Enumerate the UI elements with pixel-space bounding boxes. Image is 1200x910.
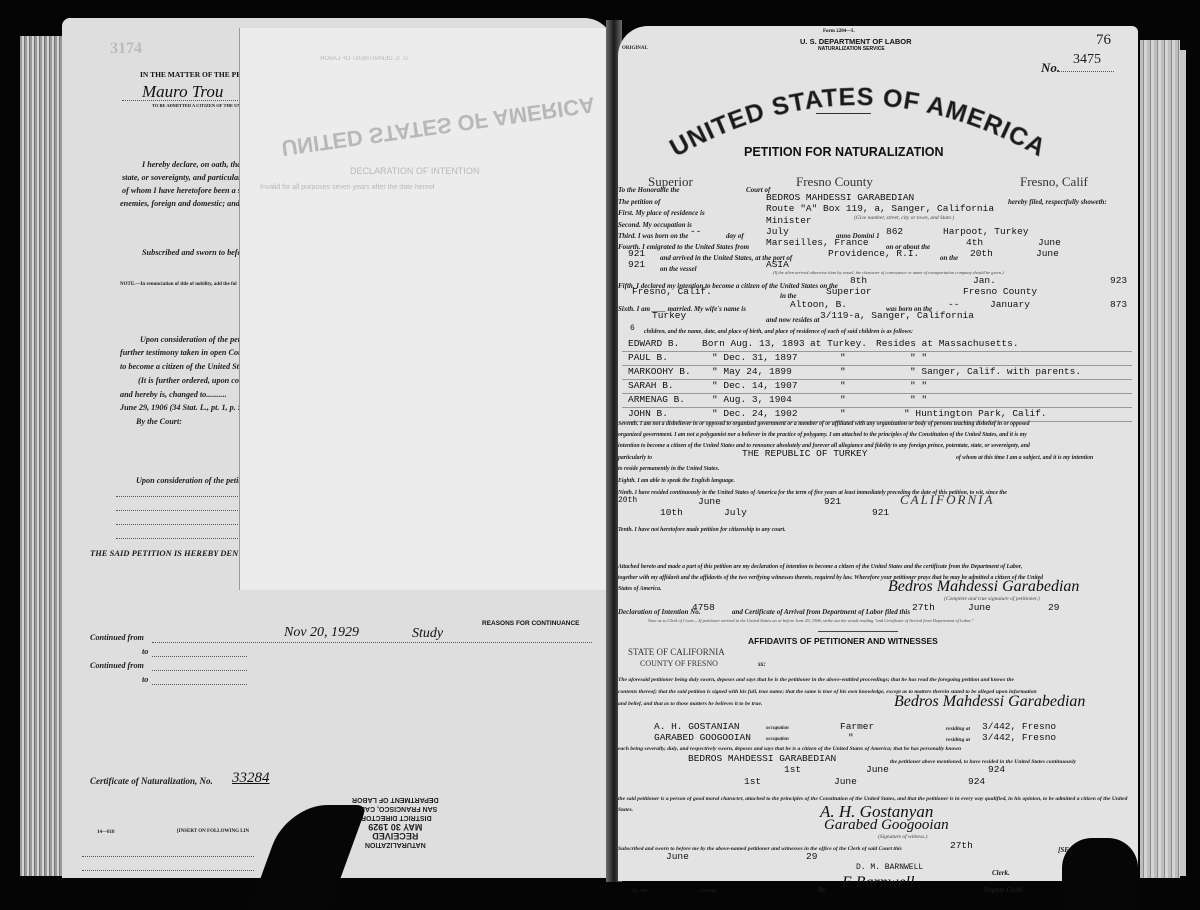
petitioner-name: BEDROS MAHDESSI GARABEDIAN <box>766 192 914 203</box>
note-line: NOTE.—In renunciation of title of nobili… <box>120 282 237 287</box>
service: NATURALIZATION SERVICE <box>818 46 885 52</box>
spouse-birth-year: 873 <box>1110 299 1127 310</box>
naturalization-received-stamp: NATURALIZATION RECEIVED MAY 30 1929 DIST… <box>352 795 439 849</box>
by-label: By <box>818 886 826 894</box>
form-number: Form 2204—L <box>823 29 855 34</box>
now-resides-label: and now resides at <box>766 316 819 324</box>
stamp-line: DEPARTMENT OF LABOR <box>352 795 439 804</box>
state-since-year: 921 <box>872 507 889 518</box>
witness-1-occupation: Farmer <box>840 721 874 732</box>
emigration-year: 921 <box>628 248 645 259</box>
matter-heading: IN THE MATTER OF THE PE <box>140 70 241 79</box>
occupation-label: occupation <box>766 737 789 742</box>
child-name: SARAH B. <box>628 380 674 391</box>
on-the-label: on the <box>940 254 958 262</box>
clerk-label: Clerk. <box>992 869 1010 877</box>
witness-since-day: 1st <box>784 764 801 775</box>
witness-sig-hint: (Signature of witness.) <box>878 834 927 840</box>
child-place: at Turkey. <box>810 338 867 349</box>
ghost-title-arch: UNITED STATES OF AMERICA <box>280 91 597 161</box>
declaration-of-intention-sheet: U. S. DEPARTMENT OF LABOR UNITED STATES … <box>240 28 612 590</box>
deputy-clerk-label: Deputy Clerk. <box>984 886 1024 894</box>
state-since-day: 10th <box>660 507 683 518</box>
venue-state: STATE OF CALIFORNIA <box>628 647 725 657</box>
day-of-label: day of <box>726 232 744 240</box>
filed-month: June <box>968 602 991 613</box>
continued-from-line <box>152 642 592 643</box>
continued-to-line <box>152 656 247 657</box>
blank-line <box>82 870 254 871</box>
declaration-place: Fresno, Calif. <box>632 286 712 297</box>
form-code-right: 14—887 <box>632 888 648 893</box>
stamp-line: NATURALIZATION <box>352 840 439 849</box>
over-label: [OVER] <box>700 888 716 893</box>
arrival-year: 921 <box>628 259 645 270</box>
clerk-name: D. M. BARNWELL <box>856 863 923 872</box>
blank-line <box>82 856 254 857</box>
attached-clause: States of America. <box>618 586 661 592</box>
venue-ss: ss: <box>758 660 766 668</box>
child-resides: " " <box>910 352 927 363</box>
spouse-name: Altoon, B. <box>790 299 847 310</box>
witness-2-residing: 3/442, Fresno <box>982 732 1056 743</box>
spouse-birth-month: January <box>990 299 1030 310</box>
ghost-note: Invalid for all purposes seven years aft… <box>260 184 435 191</box>
witness-1-residing: 3/442, Fresno <box>982 721 1056 732</box>
petitioner-signature-affidavit: Bedros Mahdessi Garabedian <box>894 693 1085 711</box>
occupation-label: Second. My occupation is <box>618 221 692 229</box>
blank-line <box>116 524 240 525</box>
child-place: " <box>840 380 846 391</box>
spouse-resides: 3/119-a, Sanger, California <box>820 310 974 321</box>
order-line: June 29, 1906 (34 Stat. L., pt. 1, p. 59… <box>120 403 255 412</box>
petitioner-signature: Mauro Trou <box>142 82 223 102</box>
birth-day: -- <box>690 226 701 237</box>
seventh-clause: of whom at this time I am a subject, and… <box>956 455 1093 461</box>
child-born: " Dec. 31, 1897 <box>712 352 798 363</box>
court-type: Superior <box>648 174 693 190</box>
table-row: PAUL B. " Dec. 31, 1897 " " " <box>622 352 1132 366</box>
child-name: ARMENAG B. <box>628 394 685 405</box>
child-name: EDWARD B. <box>628 338 679 349</box>
child-born: " Dec. 24, 1902 <box>712 408 798 419</box>
original-label: ORIGINAL <box>622 46 648 51</box>
table-row: JOHN B. " Dec. 24, 1902 " " Huntington P… <box>622 408 1132 422</box>
seventh-clause: particularly to <box>618 455 652 461</box>
signature-line <box>122 100 240 101</box>
emigrated-from: Marseilles, France <box>766 237 869 248</box>
certificate-number: 33284 <box>232 770 270 787</box>
continued-from-label: Continued from <box>90 633 144 642</box>
witness-state-month: June <box>834 776 857 787</box>
witness-2-signature: Garabed Googooian <box>824 817 949 834</box>
clerk-note: Note as to Clerk of Court.—If petitioner… <box>648 618 974 623</box>
book-page-edges-right <box>1140 40 1180 878</box>
residence: Route "A" Box 119, a, Sanger, California <box>766 203 994 214</box>
order-line: and hereby is, changed to.......... <box>120 390 227 399</box>
certificate-label: Certificate of Naturalization, No. <box>90 776 213 786</box>
table-row: EDWARD B. Born Aug. 13, 1893 at Turkey. … <box>622 338 1132 352</box>
affidavits-title: AFFIDAVITS OF PETITIONER AND WITNESSES <box>748 636 938 646</box>
witness-1-name: A. H. GOSTANIAN <box>654 721 740 732</box>
residence-label: First. My place of residence is <box>618 209 705 217</box>
sworn-day: 27th <box>950 840 973 851</box>
order-line: Upon consideration of the petitio <box>140 335 251 344</box>
declaration-day: 8th <box>850 275 867 286</box>
divider <box>816 113 871 114</box>
child-born: " Aug. 3, 1904 <box>712 394 792 405</box>
child-place: " <box>840 366 846 377</box>
occupation-label: occupation <box>766 726 789 731</box>
state-since-month: July <box>724 507 747 518</box>
petition-number: 3475 <box>1073 52 1101 68</box>
residing-label: residing at <box>946 737 970 743</box>
venue-county: COUNTY OF FRESNO <box>640 659 718 668</box>
signature-hint: (Complete and true signature of petition… <box>944 596 1040 602</box>
stamp-line: DISTRICT DIRECTOR, <box>352 813 439 822</box>
oath-line: state, or sovereignty, and particularly <box>122 173 247 182</box>
emigration-day: 4th <box>966 237 983 248</box>
witness-2-occupation: " <box>848 732 854 743</box>
margin-number: 3174 <box>110 40 142 58</box>
continued-from-value: Nov 20, 1929 <box>284 625 359 641</box>
stamp-line: MAY 30 1929 <box>352 822 439 831</box>
birth-year: 862 <box>886 226 903 237</box>
page-number: 76 <box>1096 32 1111 49</box>
witness-state-day: 1st <box>744 776 761 787</box>
filed-year: 29 <box>1048 602 1059 613</box>
arrival-month: June <box>1036 248 1059 259</box>
attached-clause: Attached hereto and made a part of this … <box>618 564 1022 570</box>
children-count: 6 <box>630 324 635 333</box>
witness-petitioner-name: BEDROS MAHDESSI GARABEDIAN <box>688 753 836 764</box>
order-line: to become a citizen of the United States <box>120 362 252 371</box>
child-place: " <box>840 408 846 419</box>
reason-value: Study <box>412 626 443 642</box>
birth-place: Harpoot, Turkey <box>943 226 1029 237</box>
child-born: Born Aug. 13, 1893 <box>702 338 805 349</box>
reasons-heading: REASONS FOR CONTINUANCE <box>482 620 580 627</box>
deputy-signature: E Barnwell <box>842 874 914 892</box>
declaration-court: Superior <box>826 286 872 297</box>
residence-since-year: 921 <box>824 496 841 507</box>
witness-state-year: 924 <box>968 776 985 787</box>
denied-line: THE SAID PETITION IS HEREBY DEN <box>90 548 238 558</box>
seventh-clause: to reside permanently in the United Stat… <box>618 466 719 472</box>
table-row: SARAH B. " Dec. 14, 1907 " " " <box>622 380 1132 394</box>
affidavit-clause: and belief, and that as to those matters… <box>618 701 762 707</box>
witness-2-name: GARABED GOOGOOIAN <box>654 732 751 743</box>
spouse-birthplace: Turkey <box>652 310 686 321</box>
residence-hint: (Give number, street, city or town, and … <box>854 215 954 221</box>
witness-clause-tail: the petitioner above mentioned, to have … <box>890 759 1076 765</box>
oath-line: of whom I have heretofore been a subj <box>122 186 252 195</box>
stamp-line: SAN FRANCISCO, CALIF. <box>352 804 439 813</box>
department: U. S. DEPARTMENT OF LABOR <box>800 37 912 46</box>
continued-from-label-2: Continued from <box>90 661 144 670</box>
sworn-clause: Subscribed and sworn to before me by the… <box>618 846 902 852</box>
declaration-court-of: Fresno County <box>963 286 1037 297</box>
residence-since-month: June <box>698 496 721 507</box>
child-place: " <box>840 352 846 363</box>
subscribed-line: Subscribed and sworn to before <box>142 248 248 257</box>
vessel-hint: (If the alien arrived otherwise than by … <box>773 270 1004 275</box>
sovereign: THE REPUBLIC OF TURKEY <box>742 448 867 459</box>
child-name: MARKOOHY B. <box>628 366 691 377</box>
right-page: 76 ORIGINAL Form 2204—L U. S. DEPARTMENT… <box>618 26 1138 881</box>
seventh-clause: Seventh. I am not a disbeliever in or op… <box>618 421 1029 427</box>
divider <box>818 631 898 632</box>
witness-clause: each being severally, duly, and respecti… <box>618 746 961 752</box>
child-resides: " Huntington Park, Calif. <box>904 408 1047 419</box>
eighth-clause: Eighth. I am able to speak the English l… <box>618 478 735 484</box>
petition-of-label: The petition of <box>618 198 660 206</box>
child-resides: " " <box>910 380 927 391</box>
residence-state: CALIFORNIA <box>900 492 994 508</box>
sworn-month: June <box>666 851 689 862</box>
child-resides: " Sanger, Calif. with parents. <box>910 366 1081 377</box>
sworn-year: 29 <box>806 851 817 862</box>
child-resides: Resides at Massachusetts. <box>876 338 1019 349</box>
child-name: PAUL B. <box>628 352 668 363</box>
court-location: Fresno, Calif <box>1020 174 1088 190</box>
arrival-day: 20th <box>970 248 993 259</box>
witness-since-month: June <box>866 764 889 775</box>
court-county: Fresno County <box>796 174 873 190</box>
stamp-line: RECEIVED <box>352 831 439 840</box>
child-born: " Dec. 14, 1907 <box>712 380 798 391</box>
insert-note: [INSERT ON FOLLOWING LIN <box>177 829 249 834</box>
table-row: MARKOOHY B. " May 24, 1899 " " Sanger, C… <box>622 366 1132 380</box>
petition-no-line <box>1058 71 1114 72</box>
seventh-clause: organized government. I am not a polygam… <box>618 432 1027 438</box>
declaration-year: 923 <box>1110 275 1127 286</box>
arrival-port: Providence, R.I. <box>828 248 919 259</box>
children-intro: children, and the name, date, and place … <box>644 329 913 335</box>
subheading: TO BE ADMITTED A CITIZEN OF THE UNITED <box>152 103 252 108</box>
continued-from-line-2 <box>152 670 247 671</box>
blank-line <box>116 510 240 511</box>
hereby-filed-label: hereby filed, respectfully showeth: <box>1008 198 1107 206</box>
petition-title: PETITION FOR NATURALIZATION <box>744 145 944 159</box>
oath-line: enemies, foreign and domestic; and th <box>120 199 249 208</box>
child-name: JOHN B. <box>628 408 668 419</box>
book-page-edges-left <box>20 36 68 876</box>
occupation: Minister <box>766 215 812 226</box>
witness-since-year: 924 <box>988 764 1005 775</box>
thumb-right <box>1062 838 1138 910</box>
order-line: (It is further ordered, upon consid <box>138 376 253 385</box>
children-table: EDWARD B. Born Aug. 13, 1893 at Turkey. … <box>622 338 1132 422</box>
blank-line <box>116 496 240 497</box>
tenth-clause: Tenth. I have not heretofore made petiti… <box>618 527 786 533</box>
order-line: By the Court: <box>136 417 182 426</box>
filed-day: 27th <box>912 602 935 613</box>
continued-to-label: to <box>142 647 148 656</box>
oath-line: I hereby declare, on oath, that <box>142 160 244 169</box>
continued-to-line-2 <box>152 684 247 685</box>
child-place: " <box>840 394 846 405</box>
certificate-arrival-label: and Certificate of Arrival from Departme… <box>732 608 910 616</box>
declaration-no-label: Declaration of Intention No. <box>618 608 700 616</box>
blank-line <box>116 538 240 539</box>
order-line: further testimony taken in open Court, <box>120 348 250 357</box>
order-line-2: Upon consideration of the petition <box>136 476 252 485</box>
vessel-label: on the vessel <box>660 265 697 273</box>
born-label: Third. I was born on the <box>618 232 688 240</box>
residing-label: residing at <box>946 726 970 732</box>
declaration-month: Jan. <box>973 275 996 286</box>
child-resides: " " <box>910 394 927 405</box>
affidavit-clause: The aforesaid petitioner being duly swor… <box>618 677 1014 683</box>
ghost-subtitle: DECLARATION OF INTENTION <box>350 166 479 176</box>
child-born: " May 24, 1899 <box>712 366 792 377</box>
ghost-dept: U. S. DEPARTMENT OF LABOR <box>320 56 408 62</box>
birth-month: July <box>766 226 789 237</box>
emigration-month: June <box>1038 237 1061 248</box>
vessel: ASIA <box>766 259 789 270</box>
form-code-left: 14—818 <box>97 830 115 835</box>
residence-since-day: 20th <box>618 496 637 505</box>
continued-to-label-2: to <box>142 675 148 684</box>
declaration-number: 4758 <box>692 602 715 613</box>
table-row: ARMENAG B. " Aug. 3, 1904 " " " <box>622 394 1132 408</box>
spouse-birth-day: -- <box>948 299 959 310</box>
petitioner-signature: Bedros Mahdessi Garabedian <box>888 578 1079 596</box>
